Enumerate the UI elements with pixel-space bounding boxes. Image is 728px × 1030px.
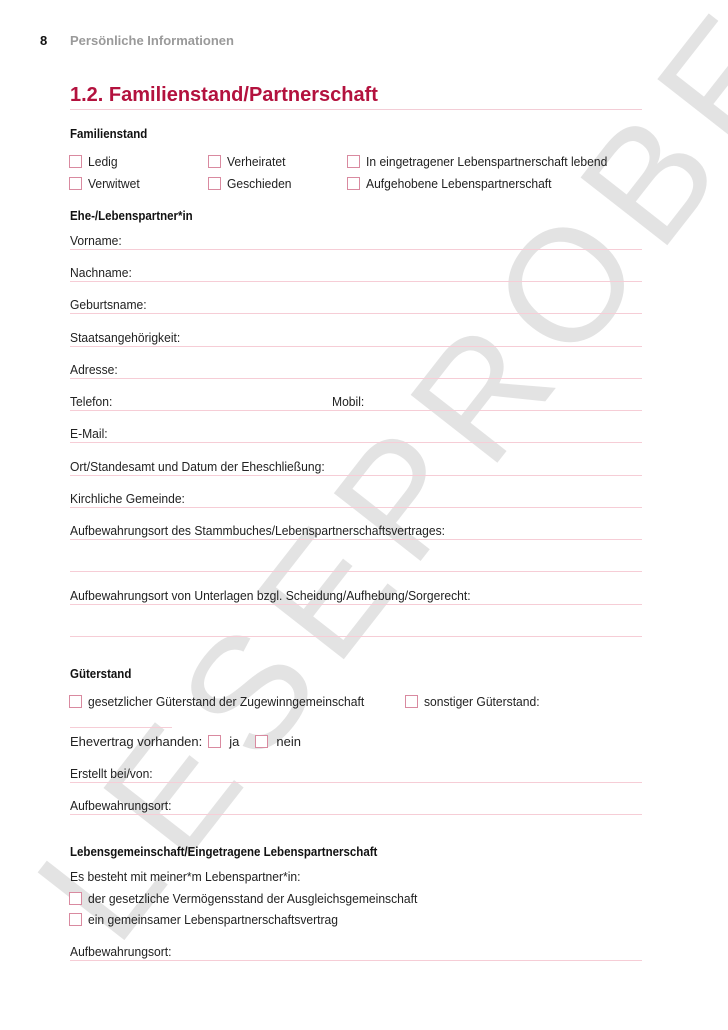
option-label: In eingetragener Lebenspartnerschaft leb… xyxy=(366,154,607,169)
lebensgemeinschaft-aufbewahrungsort-field[interactable]: Aufbewahrungsort: xyxy=(70,944,642,962)
kirchliche-gemeinde-field[interactable]: Kirchliche Gemeinde: xyxy=(70,491,642,509)
option-label: Verheiratet xyxy=(227,154,285,169)
checkbox[interactable] xyxy=(405,695,418,708)
checkbox[interactable] xyxy=(69,695,82,708)
gueterstand-heading: Güterstand xyxy=(70,667,131,681)
telefon-field[interactable]: Telefon: Mobil: xyxy=(70,394,642,412)
option-label: Ledig xyxy=(88,154,118,169)
checkbox[interactable] xyxy=(347,155,360,168)
checkbox[interactable] xyxy=(208,155,221,168)
option-label: Geschieden xyxy=(227,176,292,191)
option-geschieden[interactable]: Geschieden xyxy=(208,176,296,191)
option-verheiratet[interactable]: Verheiratet xyxy=(208,154,290,169)
checkbox[interactable] xyxy=(69,892,82,905)
section-title: 1.2. Familienstand/Partnerschaft xyxy=(70,84,378,107)
ehevertrag-row: Ehevertrag vorhanden: ja nein xyxy=(70,734,301,749)
field-label: Telefon: xyxy=(70,394,112,409)
option-verwitwet[interactable]: Verwitwet xyxy=(69,176,144,191)
checkbox-nein[interactable] xyxy=(255,735,268,748)
field-line xyxy=(70,539,642,540)
field-line xyxy=(70,281,642,282)
field-line xyxy=(70,636,642,637)
checkbox[interactable] xyxy=(69,155,82,168)
option-aufgehobene-lebenspartnerschaft[interactable]: Aufgehobene Lebenspartnerschaft xyxy=(347,176,566,191)
field-line xyxy=(70,475,642,476)
field-label: Vorname: xyxy=(70,233,122,248)
partner-heading: Ehe-/Lebenspartner*in xyxy=(70,209,193,223)
option-ausgleichsgemeinschaft[interactable]: der gesetzliche Vermögensstand der Ausgl… xyxy=(69,891,442,906)
checkbox[interactable] xyxy=(347,177,360,190)
field-line xyxy=(70,814,642,815)
familienstand-heading: Familienstand xyxy=(70,127,147,141)
checkbox[interactable] xyxy=(69,177,82,190)
lebensgemeinschaft-intro: Es besteht mit meiner*m Lebenspartner*in… xyxy=(70,869,301,884)
ehevertrag-label: Ehevertrag vorhanden: xyxy=(70,734,202,749)
field-label: Aufbewahrungsort des Stammbuches/Lebensp… xyxy=(70,523,445,538)
option-eingetragene-lebenspartnerschaft[interactable]: In eingetragener Lebenspartnerschaft leb… xyxy=(347,154,625,169)
option-label: sonstiger Güterstand: xyxy=(424,694,540,709)
field-line xyxy=(70,378,642,379)
field-label: Geburtsname: xyxy=(70,297,147,312)
scheidung-unterlagen-field[interactable]: Aufbewahrungsort von Unterlagen bzgl. Sc… xyxy=(70,588,642,640)
email-field[interactable]: E-Mail: xyxy=(70,426,642,444)
field-label: Kirchliche Gemeinde: xyxy=(70,491,185,506)
option-label: Aufgehobene Lebenspartnerschaft xyxy=(366,176,552,191)
ja-label: ja xyxy=(229,734,239,749)
title-rule xyxy=(70,109,642,110)
option-label: der gesetzliche Vermögensstand der Ausgl… xyxy=(88,891,417,906)
nachname-field[interactable]: Nachname: xyxy=(70,265,642,283)
field-label: Aufbewahrungsort: xyxy=(70,798,171,813)
adresse-field[interactable]: Adresse: xyxy=(70,362,642,380)
field-label: Aufbewahrungsort: xyxy=(70,944,171,959)
eheschliessung-field[interactable]: Ort/Standesamt und Datum der Eheschließu… xyxy=(70,459,642,477)
field-label: Adresse: xyxy=(70,362,118,377)
checkbox-ja[interactable] xyxy=(208,735,221,748)
field-label: Nachname: xyxy=(70,265,132,280)
field-line xyxy=(70,410,642,411)
geburtsname-field[interactable]: Geburtsname: xyxy=(70,297,642,315)
stammbuch-field[interactable]: Aufbewahrungsort des Stammbuches/Lebensp… xyxy=(70,523,642,575)
option-label: gesetzlicher Güterstand der Zugewinngeme… xyxy=(88,694,364,709)
sonstiger-gueterstand-line[interactable] xyxy=(70,727,172,728)
vorname-field[interactable]: Vorname: xyxy=(70,233,642,251)
field-line xyxy=(70,604,642,605)
option-label: Verwitwet xyxy=(88,176,140,191)
field-line xyxy=(70,249,642,250)
field-line xyxy=(70,442,642,443)
lebensgemeinschaft-heading: Lebensgemeinschaft/Eingetragene Lebenspa… xyxy=(70,845,377,859)
mobil-label: Mobil: xyxy=(332,394,364,409)
option-lebenspartnerschaftsvertrag[interactable]: ein gemeinsamer Lebenspartnerschaftsvert… xyxy=(69,912,357,927)
field-line xyxy=(70,571,642,572)
option-zugewinngemeinschaft[interactable]: gesetzlicher Güterstand der Zugewinngeme… xyxy=(69,694,385,709)
field-line xyxy=(70,346,642,347)
checkbox[interactable] xyxy=(208,177,221,190)
field-label: Erstellt bei/von: xyxy=(70,766,153,781)
field-label: Staatsangehörigkeit: xyxy=(70,330,180,345)
field-label: E-Mail: xyxy=(70,426,108,441)
option-label: ein gemeinsamer Lebenspartnerschaftsvert… xyxy=(88,912,338,927)
field-line xyxy=(70,960,642,961)
field-line xyxy=(70,313,642,314)
field-label: Aufbewahrungsort von Unterlagen bzgl. Sc… xyxy=(70,588,471,603)
option-ledig[interactable]: Ledig xyxy=(69,154,120,169)
running-head: Persönliche Informationen xyxy=(70,33,234,48)
erstellt-field[interactable]: Erstellt bei/von: xyxy=(70,766,642,784)
option-sonstiger-gueterstand[interactable]: sonstiger Güterstand: xyxy=(405,694,548,709)
field-label: Ort/Standesamt und Datum der Eheschließu… xyxy=(70,459,325,474)
gueterstand-aufbewahrungsort-field[interactable]: Aufbewahrungsort: xyxy=(70,798,642,816)
field-line xyxy=(70,782,642,783)
field-line xyxy=(70,507,642,508)
nein-label: nein xyxy=(276,734,301,749)
staatsangehoerigkeit-field[interactable]: Staatsangehörigkeit: xyxy=(70,330,642,348)
checkbox[interactable] xyxy=(69,913,82,926)
page-number: 8 xyxy=(40,33,47,48)
